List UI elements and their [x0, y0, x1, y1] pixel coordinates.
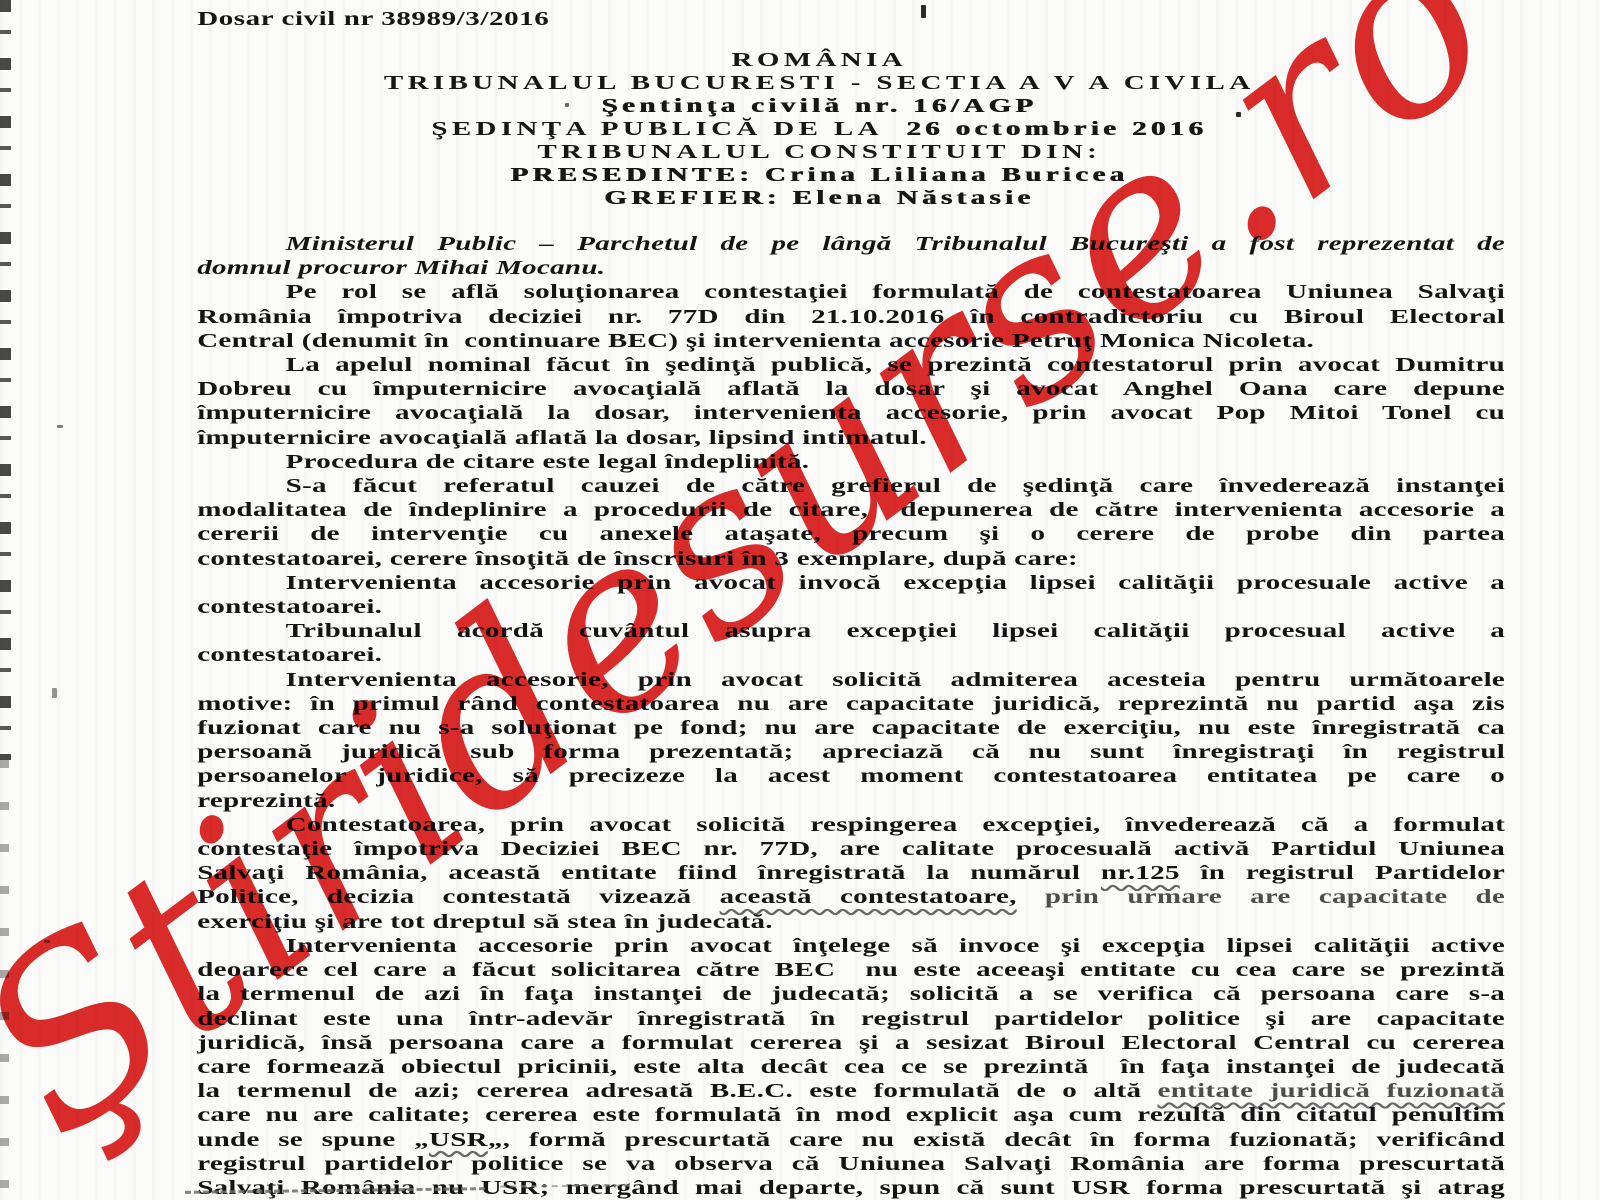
paragraph-line: deoarece cel care a făcut solicitarea că… — [197, 958, 1505, 982]
paragraph-line: Tribunalul acordă cuvântul asupra excepţ… — [197, 619, 1505, 643]
paragraph-line: împuternicire avocaţială la dosar, inter… — [197, 401, 1505, 425]
paragraph-line: care nu are calitate; cererea este formu… — [197, 1103, 1505, 1127]
paragraph-line: România împotriva deciziei nr. 77D din 2… — [197, 305, 1505, 329]
text-segment: Şentinţa civilă nr. 16/AGP — [601, 95, 1037, 117]
text-segment: cererii de intervenţie cu anexele ataşat… — [197, 523, 1505, 545]
text-segment: modalitatea de îndeplinire a procedurii … — [197, 499, 1505, 521]
paragraph-line: contestatoarei, cerere însoţită de înscr… — [197, 547, 1505, 571]
text-segment: Dobreu cu împuternicire avocaţială aflat… — [197, 378, 1505, 400]
text-segment: TRIBUNALUL CONSTITUIT DIN: — [537, 141, 1101, 163]
text-segment: care nu are calitate; cererea este formu… — [197, 1104, 1505, 1126]
paragraph-line: reprezintă. — [197, 789, 1505, 813]
paragraph-line: juridică, însă persoana care a formulat … — [197, 1031, 1505, 1055]
scan-speck — [44, 940, 50, 943]
text-segment: Ministerul Public – Parchetul de pe lâng… — [286, 233, 1505, 255]
text-segment: Salvaţi România, această entitate fiind … — [197, 862, 1101, 884]
text-segment: împuternicire avocaţială la dosar, inter… — [197, 402, 1505, 424]
text-segment: România împotriva deciziei nr. 77D din 2… — [197, 306, 1505, 328]
paragraph-line: modalitatea de îndeplinire a procedurii … — [197, 498, 1505, 522]
scan-speck — [565, 103, 569, 107]
paragraph: La apelul nominal făcut în şedinţă publi… — [197, 353, 1505, 450]
scan-speck — [52, 688, 57, 698]
paragraph-line: Procedura de citare este legal îndeplini… — [197, 450, 1505, 474]
paragraph-line: Central (denumit în continuare BEC) şi i… — [197, 329, 1505, 353]
paragraph-line: Pe rol se află soluţionarea contestaţiei… — [197, 280, 1505, 304]
paragraph: Intervenienta accesorie prin avocat invo… — [197, 571, 1505, 619]
text-segment: reprezintă. — [197, 790, 335, 812]
text-segment: contestatoarei. — [197, 596, 382, 618]
text-segment: registrul partidelor politice se va obse… — [197, 1153, 1505, 1175]
paragraph-line: La apelul nominal făcut în şedinţă publi… — [197, 353, 1505, 377]
header-line: PRESEDINTE: Crina Liliana Buricea — [189, 164, 1451, 187]
paragraph-line: Intervenienta accesorie prin avocat înţe… — [197, 934, 1505, 958]
paragraph: S-a făcut referatul cauzei de către gref… — [197, 474, 1505, 571]
text-segment: în registrul Partidelor — [1180, 862, 1505, 884]
text-segment: deoarece cel care a făcut solicitarea că… — [197, 959, 1505, 981]
text-segment: Tribunalul acordă cuvântul asupra excepţ… — [286, 620, 1505, 642]
paragraph-line: registrul partidelor politice se va obse… — [197, 1152, 1505, 1176]
paragraph-line: cererii de intervenţie cu anexele ataşat… — [197, 522, 1505, 546]
text-segment: fuzionat care nu s-a soluţionat pe fond;… — [197, 717, 1505, 739]
text-segment: domnul procuror Mihai Mocanu. — [197, 257, 605, 279]
paragraph-line: împuternicire avocaţială aflată la dosar… — [197, 426, 1505, 450]
text-segment: 26 octombrie 2016 — [906, 118, 1207, 140]
text-segment: Intervenienta accesorie, prin avocat sol… — [286, 669, 1505, 691]
text-segment: contestatoarei. — [197, 644, 382, 666]
scanner-edge-artifact — [0, 0, 11, 760]
text-segment: unde se spune „ — [197, 1129, 429, 1151]
header-line: Şentinţa civilă nr. 16/AGP — [189, 95, 1451, 118]
header-line: ŞEDINŢA PUBLICĂ DE LA 26 octombrie 2016 — [189, 118, 1451, 141]
text-segment: exerciţiu şi are tot dreptul să stea în … — [197, 911, 773, 933]
text-segment: declinat este una într-adevăr înregistra… — [197, 1008, 1505, 1030]
paragraph: Procedura de citare este legal îndeplini… — [197, 450, 1505, 474]
text-segment: S-a făcut referatul cauzei de către gref… — [286, 475, 1505, 497]
text-segment: „, formă prescurtată care nu există decâ… — [488, 1129, 1505, 1151]
paragraph-line: exerciţiu şi are tot dreptul să stea în … — [197, 910, 1505, 934]
text-segment: această contestatoare, — [720, 886, 1017, 908]
header-line: GREFIER: Elena Năstasie — [189, 187, 1451, 210]
text-segment — [1017, 886, 1045, 908]
paragraph-line: Intervenienta accesorie prin avocat invo… — [197, 571, 1505, 595]
text-segment: persoanelor juridice, să precizeze la ac… — [197, 765, 1505, 787]
text-segment: ROMÂNIA — [732, 49, 907, 71]
paragraph-line: Politice, decizia contestată vizează ace… — [197, 885, 1505, 909]
text-segment: juridică, însă persoana care a formulat … — [197, 1032, 1505, 1054]
text-segment: Pe rol se află soluţionarea contestaţiei… — [286, 281, 1505, 303]
paragraph-line: Intervenienta accesorie, prin avocat sol… — [197, 668, 1505, 692]
case-number: Dosar civil nr 38989/3/2016 — [197, 0, 1600, 31]
paragraph: Intervenienta accesorie, prin avocat sol… — [197, 668, 1505, 813]
text-segment: motive: în primul rând contestatoarea nu… — [197, 693, 1505, 715]
scan-speck — [921, 5, 926, 18]
paragraph-line: persoană juridică sub forma prezentată; … — [197, 740, 1505, 764]
text-segment: care formează obiectul pricinii, este al… — [197, 1056, 1505, 1078]
paragraph-line: S-a făcut referatul cauzei de către gref… — [197, 474, 1505, 498]
paragraph-line: la termenul de azi; cererea adresată B.E… — [197, 1079, 1505, 1103]
text-segment: Intervenienta accesorie prin avocat invo… — [286, 572, 1505, 594]
text-segment: ŞEDINŢA PUBLICĂ DE LA — [431, 118, 906, 140]
paragraph-line: la termenul de azi în faţa instanţei de … — [197, 982, 1505, 1006]
scan-speck — [1236, 112, 1241, 117]
text-segment: TRIBUNALUL BUCURESTI - SECTIA A V A CIVI… — [384, 72, 1255, 94]
paragraph-line: Contestatoarea, prin avocat solicită res… — [197, 813, 1505, 837]
scan-speck — [57, 425, 63, 428]
scanned-court-document: { "document": { "case_number": "Dosar ci… — [0, 0, 1600, 1200]
header-line: TRIBUNALUL CONSTITUIT DIN: — [189, 141, 1451, 164]
text-segment: Intervenienta accesorie prin avocat înţe… — [286, 935, 1505, 957]
paragraph: Pe rol se află soluţionarea contestaţiei… — [197, 280, 1505, 353]
text-segment: persoană juridică sub forma prezentată; … — [197, 741, 1505, 763]
text-segment: Central (denumit în continuare BEC) şi i… — [197, 330, 1314, 352]
text-segment: împuternicire avocaţială aflată la dosar… — [197, 427, 927, 449]
paragraph-line: Salvaţi România, această entitate fiind … — [197, 861, 1505, 885]
text-segment: prin urmare are capacitate de — [1045, 886, 1505, 908]
paragraph: Tribunalul acordă cuvântul asupra excepţ… — [197, 619, 1505, 667]
paragraph-line: Ministerul Public – Parchetul de pe lâng… — [197, 232, 1505, 256]
paragraph: Intervenienta accesorie prin avocat înţe… — [197, 934, 1505, 1200]
paragraph-line: fuzionat care nu s-a soluţionat pe fond;… — [197, 716, 1505, 740]
text-segment: Politice, decizia contestată vizează — [197, 886, 719, 908]
paragraph-line: declinat este una într-adevăr înregistra… — [197, 1007, 1505, 1031]
paragraph-line: Dobreu cu împuternicire avocaţială aflat… — [197, 377, 1505, 401]
header-line: TRIBUNALUL BUCURESTI - SECTIA A V A CIVI… — [189, 72, 1451, 95]
text-segment: contestatoarei, cerere însoţită de înscr… — [197, 548, 1078, 570]
text-segment: Procedura de citare este legal îndeplini… — [286, 451, 810, 473]
paragraph-line: care formează obiectul pricinii, este al… — [197, 1055, 1505, 1079]
text-segment: entitate juridică fuzionată — [1158, 1080, 1506, 1102]
header-line: ROMÂNIA — [189, 49, 1451, 72]
paragraph-line: unde se spune „USR„, formă prescurtată c… — [197, 1128, 1505, 1152]
text-segment: PRESEDINTE: Crina Liliana Buricea — [510, 164, 1128, 186]
text-segment: Contestatoarea, prin avocat solicită res… — [286, 814, 1505, 836]
paragraph-line: domnul procuror Mihai Mocanu. — [197, 256, 1505, 280]
text-segment: la termenul de azi; cererea adresată B.E… — [197, 1080, 1157, 1102]
text-segment: La apelul nominal făcut în şedinţă publi… — [286, 354, 1505, 376]
paragraph: Ministerul Public – Parchetul de pe lâng… — [197, 232, 1505, 280]
paragraph: Contestatoarea, prin avocat solicită res… — [197, 813, 1505, 934]
text-segment: contestaţie împotriva Deciziei BEC nr. 7… — [197, 838, 1505, 860]
document-page: Dosar civil nr 38989/3/2016 ROMÂNIATRIBU… — [0, 0, 1600, 1200]
text-segment: GREFIER: Elena Năstasie — [604, 187, 1034, 209]
paragraph-line: contestaţie împotriva Deciziei BEC nr. 7… — [197, 837, 1505, 861]
text-segment: la termenul de azi în faţa instanţei de … — [197, 983, 1505, 1005]
court-header: ROMÂNIATRIBUNALUL BUCURESTI - SECTIA A V… — [189, 49, 1451, 210]
paragraph-line: contestatoarei. — [197, 643, 1505, 667]
scanner-edge-artifact — [0, 760, 9, 1200]
judgment-body: Ministerul Public – Parchetul de pe lâng… — [197, 232, 1505, 1200]
paragraph-line: contestatoarei. — [197, 595, 1505, 619]
text-segment: USR — [429, 1129, 488, 1151]
text-segment: nr.125 — [1101, 862, 1180, 884]
paragraph-line: motive: în primul rând contestatoarea nu… — [197, 692, 1505, 716]
paragraph-line: persoanelor juridice, să precizeze la ac… — [197, 764, 1505, 788]
